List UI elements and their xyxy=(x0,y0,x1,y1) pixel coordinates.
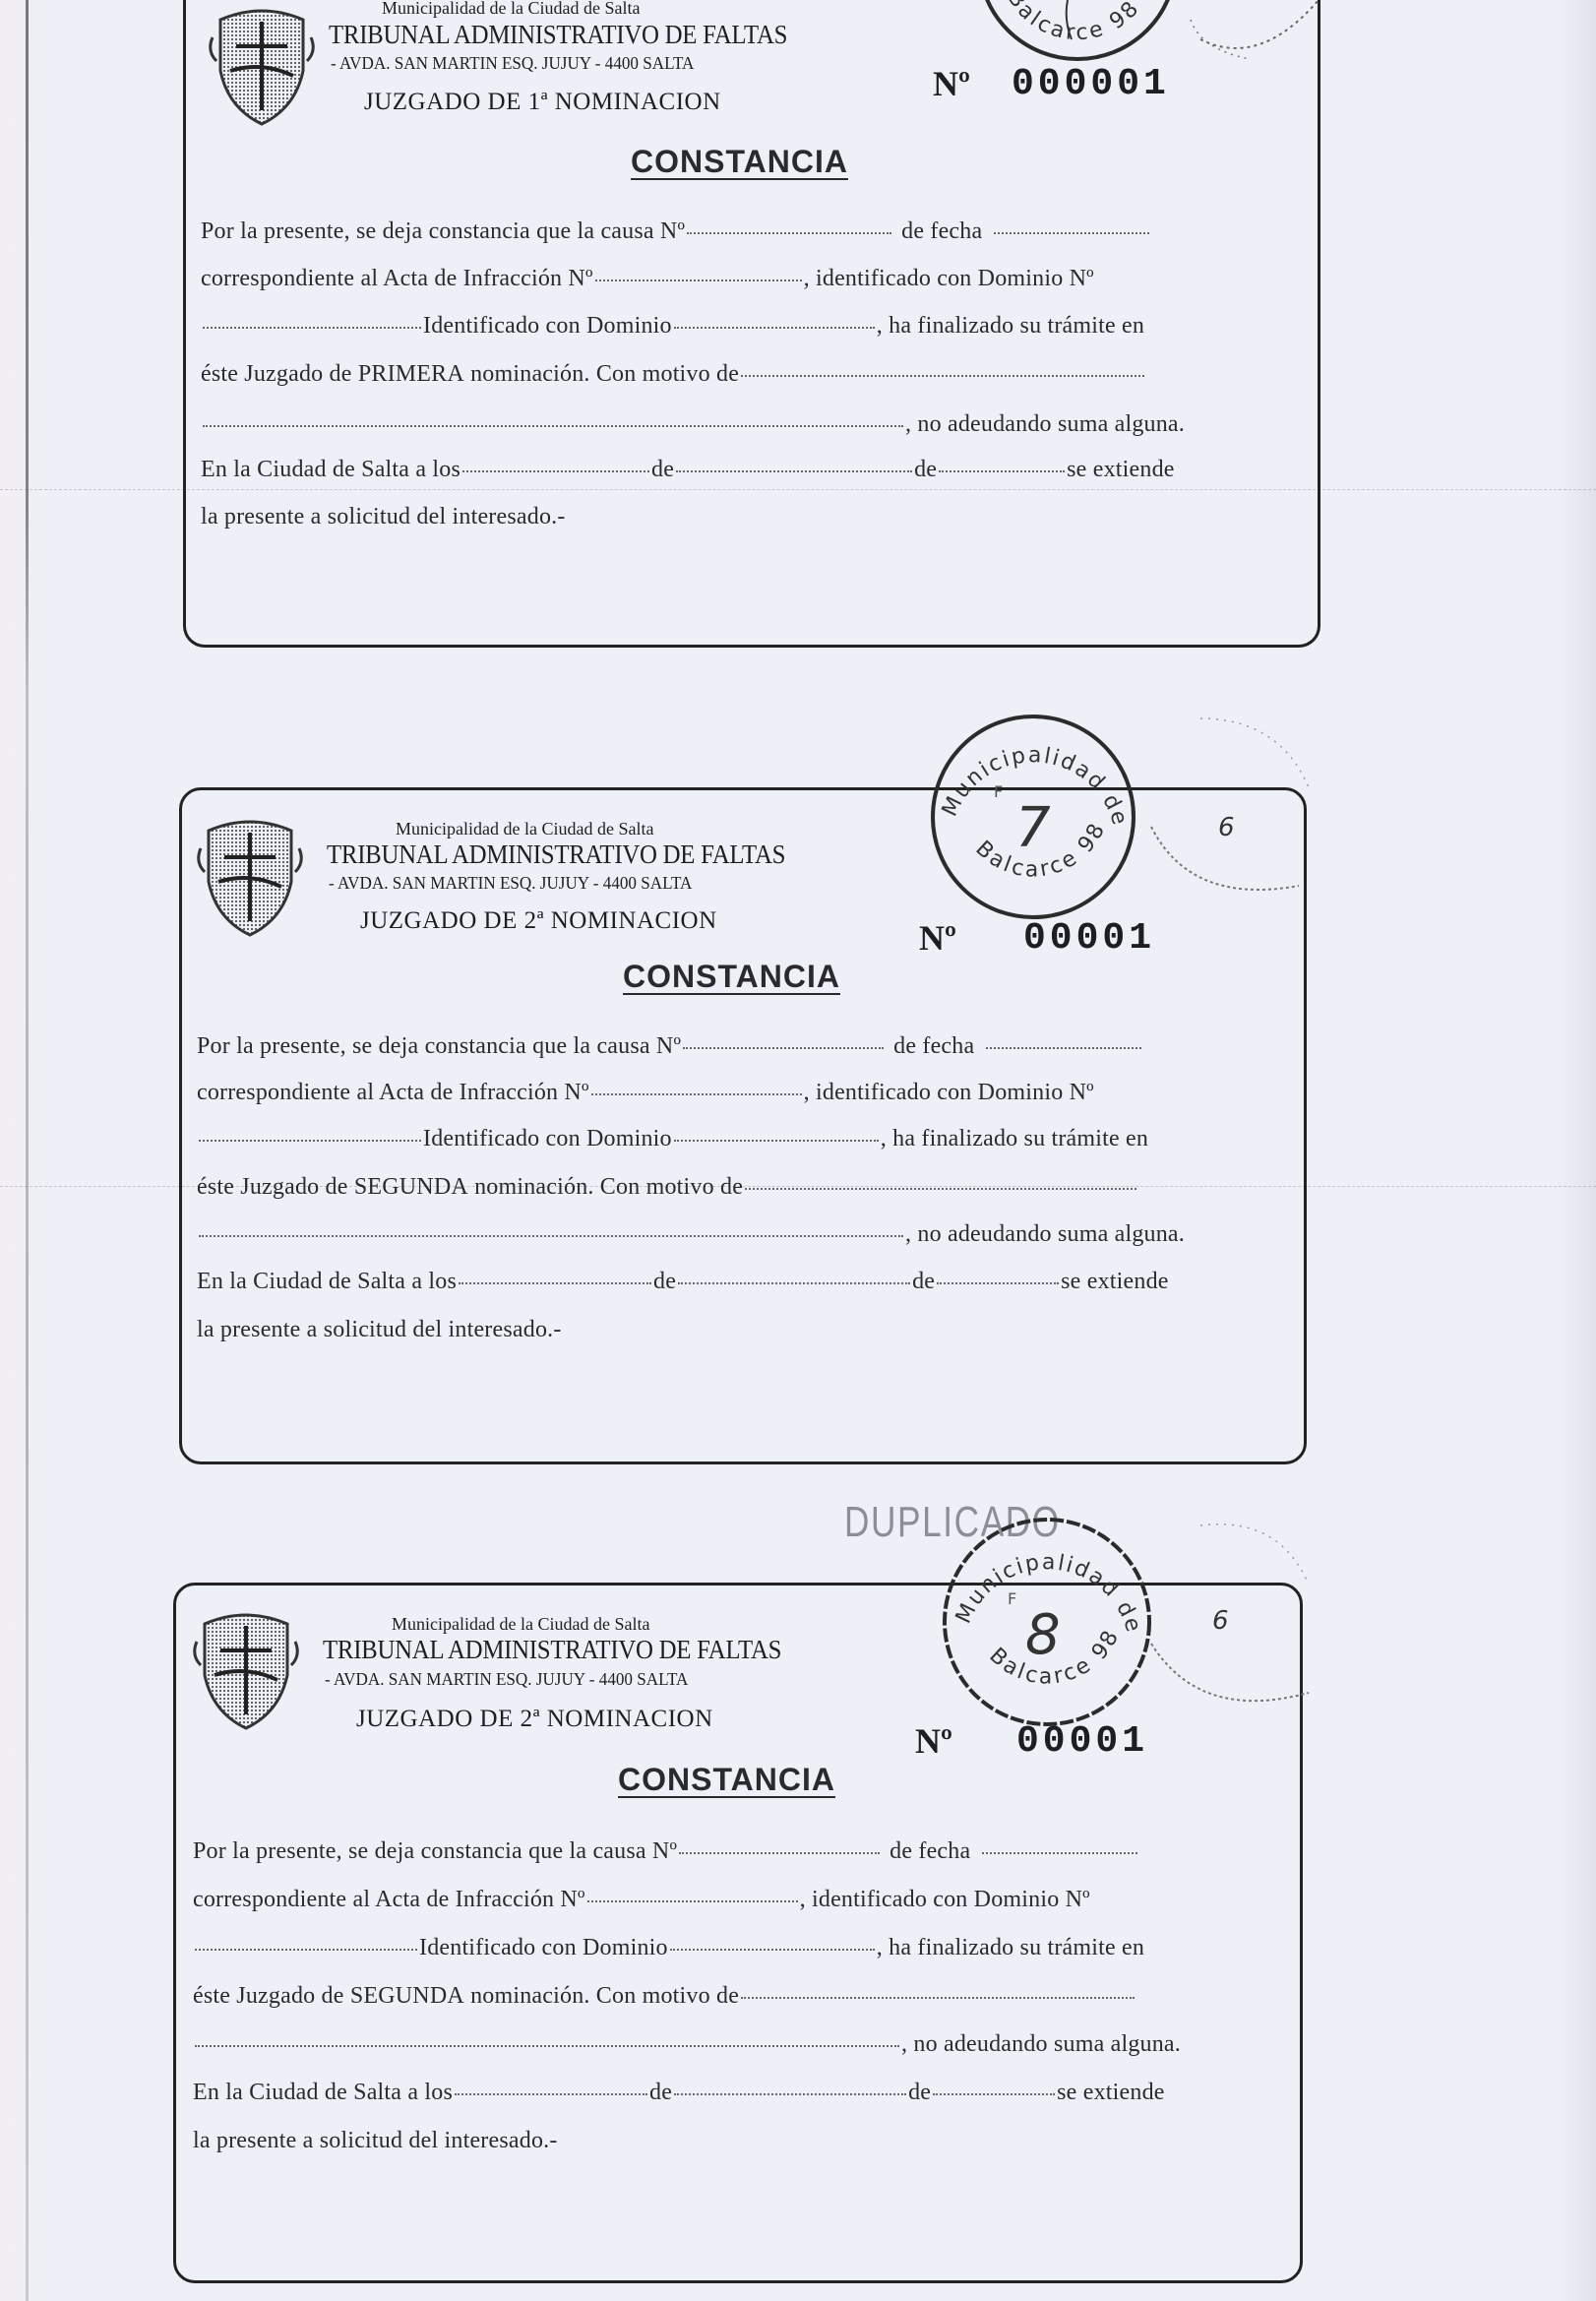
tribunal-address: - AVDA. SAN MARTIN ESQ. JUJUY - 4400 SAL… xyxy=(331,53,694,74)
no-adeudando-label: , no adeudando suma alguna. xyxy=(905,411,1185,438)
body-line-2: correspondiente al Acta de Infracción Nº… xyxy=(193,1887,1090,1913)
extiende-label: se extiende xyxy=(1057,2080,1165,2106)
fecha-field[interactable] xyxy=(986,1047,1141,1049)
tribunal-name: TRIBUNAL ADMINISTRATIVO DE FALTAS xyxy=(329,20,787,50)
form-number: 000001 xyxy=(1012,63,1170,105)
form-title: CONSTANCIA xyxy=(631,144,848,180)
municipality-name: Municipalidad de la Ciudad de Salta xyxy=(392,1614,649,1635)
fecha-label: de fecha xyxy=(901,218,982,245)
body-line-6: En la Ciudad de Salta a los de de se ext… xyxy=(201,457,1175,483)
dominio-field-1[interactable] xyxy=(203,327,421,329)
no-adeudando-label: , no adeudando suma alguna. xyxy=(901,2031,1181,2058)
body-line-1: Por la presente, se deja constancia que … xyxy=(201,218,1151,245)
dominio-field-2[interactable] xyxy=(674,1140,879,1142)
form-title: CONSTANCIA xyxy=(623,959,840,995)
court-name: JUZGADO DE 2ª NOMINACION xyxy=(360,907,717,935)
extiende-label: se extiende xyxy=(1067,457,1175,483)
ciudad-label: En la Ciudad de Salta a los xyxy=(197,1269,457,1295)
fecha-label: de fecha xyxy=(893,1033,974,1060)
salta-coat-of-arms-icon xyxy=(207,2,317,128)
no-adeudando-label: , no adeudando suma alguna. xyxy=(905,1221,1185,1248)
motivo-label: nominación. Con motivo de xyxy=(470,1983,739,2010)
finalizado-label: , ha finalizado su trámite en xyxy=(881,1126,1148,1152)
dia-field[interactable] xyxy=(455,2093,647,2095)
salta-coat-of-arms-icon xyxy=(195,813,305,939)
motivo-field[interactable] xyxy=(745,1188,1136,1190)
fecha-field[interactable] xyxy=(982,1852,1137,1854)
acta-field[interactable] xyxy=(587,1900,798,1902)
body-line-7: la presente a solicitud del interesado.- xyxy=(197,1317,562,1343)
svg-text:F: F xyxy=(1008,1589,1016,1608)
municipal-stamp-icon: Municipalidad de Salta Balcarce 98 F 7 xyxy=(925,709,1141,925)
dominio-label: , identificado con Dominio Nº xyxy=(804,1080,1094,1106)
anio-field[interactable] xyxy=(933,2093,1055,2095)
de-label: de xyxy=(653,1269,676,1295)
court-name: JUZGADO DE 2ª NOMINACION xyxy=(356,1706,713,1733)
body-line-2: correspondiente al Acta de Infracción Nº… xyxy=(201,266,1094,292)
acta-label: correspondiente al Acta de Infracción Nº xyxy=(197,1080,589,1106)
body-line-6: En la Ciudad de Salta a los de de se ext… xyxy=(193,2080,1165,2106)
ciudad-label: En la Ciudad de Salta a los xyxy=(193,2080,453,2106)
body-line-5: , no adeudando suma alguna. xyxy=(193,2031,1181,2058)
page-right-shadow xyxy=(1557,0,1596,2301)
form-title: CONSTANCIA xyxy=(618,1762,835,1798)
motivo-field-cont[interactable] xyxy=(195,2045,899,2047)
body-line-7: la presente a solicitud del interesado.- xyxy=(193,2128,558,2154)
causa-field[interactable] xyxy=(683,1047,884,1049)
motivo-field-cont[interactable] xyxy=(203,425,903,427)
extiende-label: se extiende xyxy=(1061,1269,1169,1295)
body-line-6: En la Ciudad de Salta a los de de se ext… xyxy=(197,1269,1169,1295)
body-line-5: , no adeudando suma alguna. xyxy=(201,411,1185,438)
identificado-label: Identificado con Dominio xyxy=(423,313,672,340)
de-label: de xyxy=(914,457,937,483)
mes-field[interactable] xyxy=(676,470,912,472)
dominio-field-1[interactable] xyxy=(199,1140,421,1142)
body-line-3: Identificado con Dominio , ha finalizado… xyxy=(193,1935,1144,1961)
municipal-stamp-icon: Balcarce 98 xyxy=(969,0,1186,69)
causa-label: Por la presente, se deja constancia que … xyxy=(193,1838,677,1865)
number-label: Nº xyxy=(933,63,970,104)
handwritten-page-number: 6 xyxy=(1218,813,1235,842)
dominio-field-1[interactable] xyxy=(195,1949,417,1951)
causa-field[interactable] xyxy=(679,1852,880,1854)
closing-text: la presente a solicitud del interesado.- xyxy=(197,1317,562,1343)
de-label: de xyxy=(649,2080,672,2106)
dominio-field-2[interactable] xyxy=(670,1949,875,1951)
nomination-word: SEGUNDA xyxy=(350,1983,464,2010)
de-label: de xyxy=(908,2080,931,2106)
dominio-field-2[interactable] xyxy=(674,327,875,329)
faded-stamp-icon xyxy=(1141,1506,1319,1722)
de-label: de xyxy=(912,1269,935,1295)
tribunal-name: TRIBUNAL ADMINISTRATIVO DE FALTAS xyxy=(327,840,785,870)
body-line-1: Por la presente, se deja constancia que … xyxy=(197,1033,1143,1060)
svg-text:7: 7 xyxy=(1015,796,1051,860)
causa-field[interactable] xyxy=(687,232,891,234)
mes-field[interactable] xyxy=(678,1282,910,1284)
juzgado-label: éste Juzgado de xyxy=(193,1983,344,2010)
ciudad-label: En la Ciudad de Salta a los xyxy=(201,457,460,483)
body-line-3: Identificado con Dominio , ha finalizado… xyxy=(201,313,1144,340)
anio-field[interactable] xyxy=(939,470,1065,472)
motivo-field[interactable] xyxy=(741,375,1144,377)
salta-coat-of-arms-icon xyxy=(191,1606,301,1732)
nomination-word: PRIMERA xyxy=(358,361,464,388)
svg-text:Balcarce 98: Balcarce 98 xyxy=(1002,0,1145,45)
motivo-label: nominación. Con motivo de xyxy=(470,361,739,388)
body-line-7: la presente a solicitud del interesado.- xyxy=(201,504,566,530)
finalizado-label: , ha finalizado su trámite en xyxy=(877,1935,1144,1961)
acta-label: correspondiente al Acta de Infracción Nº xyxy=(193,1887,585,1913)
svg-text:8: 8 xyxy=(1025,1603,1061,1667)
closing-text: la presente a solicitud del interesado.- xyxy=(201,504,566,530)
de-label: de xyxy=(651,457,674,483)
faded-stamp-icon xyxy=(1181,0,1338,79)
identificado-label: Identificado con Dominio xyxy=(423,1126,672,1152)
dia-field[interactable] xyxy=(459,1282,651,1284)
body-line-2: correspondiente al Acta de Infracción Nº… xyxy=(197,1080,1094,1106)
nomination-word: SEGUNDA xyxy=(354,1174,468,1201)
tribunal-address: - AVDA. SAN MARTIN ESQ. JUJUY - 4400 SAL… xyxy=(325,1669,688,1690)
causa-label: Por la presente, se deja constancia que … xyxy=(197,1033,681,1060)
municipal-stamp-icon: Municipalidad de Salta Balcarce 98 F 8 xyxy=(939,1516,1155,1732)
juzgado-label: éste Juzgado de xyxy=(197,1174,348,1201)
page-edge xyxy=(26,0,29,2301)
body-line-4: éste Juzgado de PRIMERA nominación. Con … xyxy=(201,361,1146,388)
motivo-field-cont[interactable] xyxy=(199,1235,903,1237)
tribunal-address: - AVDA. SAN MARTIN ESQ. JUJUY - 4400 SAL… xyxy=(329,873,692,894)
mes-field[interactable] xyxy=(674,2093,906,2095)
tribunal-name: TRIBUNAL ADMINISTRATIVO DE FALTAS xyxy=(323,1635,781,1665)
acta-field[interactable] xyxy=(595,280,802,281)
court-name: JUZGADO DE 1ª NOMINACION xyxy=(364,89,721,116)
body-line-4: éste Juzgado de SEGUNDA nominación. Con … xyxy=(193,1983,1136,2010)
body-line-5: , no adeudando suma alguna. xyxy=(197,1221,1185,1248)
anio-field[interactable] xyxy=(937,1282,1059,1284)
juzgado-label: éste Juzgado de xyxy=(201,361,352,388)
body-line-4: éste Juzgado de SEGUNDA nominación. Con … xyxy=(197,1174,1138,1201)
dia-field[interactable] xyxy=(462,470,649,472)
faded-stamp-icon xyxy=(1132,709,1319,905)
dominio-label: , identificado con Dominio Nº xyxy=(804,266,1094,292)
handwritten-page-number: 6 xyxy=(1212,1606,1229,1636)
fecha-label: de fecha xyxy=(890,1838,970,1865)
causa-label: Por la presente, se deja constancia que … xyxy=(201,218,685,245)
motivo-label: nominación. Con motivo de xyxy=(474,1174,743,1201)
acta-field[interactable] xyxy=(591,1093,802,1095)
municipality-name: Municipalidad de la Ciudad de Salta xyxy=(396,819,653,840)
page-left-shadow xyxy=(0,0,59,2301)
svg-text:F: F xyxy=(994,782,1003,801)
municipality-name: Municipalidad de la Ciudad de Salta xyxy=(382,0,640,19)
closing-text: la presente a solicitud del interesado.- xyxy=(193,2128,558,2154)
motivo-field[interactable] xyxy=(741,1997,1135,1999)
fecha-field[interactable] xyxy=(994,232,1149,234)
finalizado-label: , ha finalizado su trámite en xyxy=(877,313,1144,340)
dominio-label: , identificado con Dominio Nº xyxy=(800,1887,1090,1913)
body-line-3: Identificado con Dominio , ha finalizado… xyxy=(197,1126,1148,1152)
identificado-label: Identificado con Dominio xyxy=(419,1935,668,1961)
body-line-1: Por la presente, se deja constancia que … xyxy=(193,1838,1139,1865)
acta-label: correspondiente al Acta de Infracción Nº xyxy=(201,266,593,292)
